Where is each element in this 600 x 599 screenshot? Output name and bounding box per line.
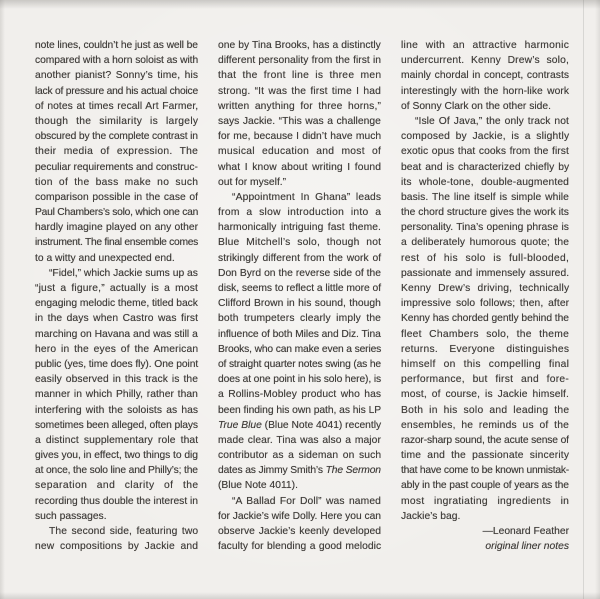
text-line: hero in the eyes of the American <box>35 342 198 357</box>
text-line: rest of his solo is full-blooded, <box>401 251 569 266</box>
credit-author: —Leonard Feather <box>401 524 569 539</box>
text-line: obscured by the complete contrast in <box>35 129 198 144</box>
text-line: separation and clarity of the <box>35 478 198 493</box>
text-line: fleet Chambers solo, the theme <box>401 327 569 342</box>
text-line: (Blue Note 4011). <box>218 478 381 493</box>
text-line: both trumpeters clearly imply the <box>218 311 381 326</box>
text-line: “Appointment In Ghana” leads <box>218 190 381 205</box>
text-line: a deliberately humorous quote; the <box>401 235 569 250</box>
text-line: recording thus double the interest in <box>35 494 198 509</box>
text-line: one by Tina Brooks, has a distinctly <box>218 38 381 53</box>
text-line: public (yes, time does fly). One point <box>35 357 198 372</box>
text-line: influence of both Miles and Diz. Tina <box>218 327 381 342</box>
text-line: another pianist? Sonny’s time, his <box>35 68 198 83</box>
text-line: its whole-tone, double-augmented <box>401 175 569 190</box>
text-line: been finding his own path, as his LP <box>218 403 381 418</box>
liner-notes-page: note lines, couldn’t he just as well bec… <box>0 0 600 554</box>
text-line: beat and is characterized chiefly by <box>401 160 569 175</box>
text-line: of notes at times recall Art Farmer, <box>35 99 198 114</box>
text-line: most ingratiating ingredients in <box>401 494 569 509</box>
text-line: strong. “It was the first time I had <box>218 84 381 99</box>
text-line: easily observed in this track is the <box>35 372 198 387</box>
text-line: basis. The line itself is simple while <box>401 190 569 205</box>
text-line: Clifford Brown in his sound, though <box>218 296 381 311</box>
text-line: Paul Chambers’s solo, which one can <box>35 205 198 220</box>
credit-note: original liner notes <box>401 539 569 554</box>
text-line: musical education and most of <box>218 144 381 159</box>
text-line: personality. Tina’s opening phrase is <box>401 220 569 235</box>
text-line: observe Jackie’s keenly developed <box>218 524 381 539</box>
text-line: strikingly different from the work of <box>218 251 381 266</box>
text-line: time and the passionate sincerity <box>401 448 569 463</box>
text-line: Kenny Drew’s driving, technically <box>401 281 569 296</box>
text-line: such passages. <box>35 509 198 524</box>
text-line: ensembles, he reminds us of the <box>401 418 569 433</box>
text-line: their media of expression. The <box>35 144 198 159</box>
text-line: ably in the past couple of years as the <box>401 478 569 493</box>
text-line: dates as Jimmy Smith’s The Sermon <box>218 463 381 478</box>
text-line: most, of course, is Jackie himself. <box>401 387 569 402</box>
text-line: Don Byrd on the reverse side of the <box>218 266 381 281</box>
text-line: “Fidel,” which Jackie sums up as <box>35 266 198 281</box>
text-line: “A Ballad For Doll” was named <box>218 494 381 509</box>
text-line: interestingly with the horn-like work <box>401 84 569 99</box>
text-line: exotic opus that cooks from the first <box>401 144 569 159</box>
text-line: a Rollins-Mobley product who has <box>218 387 381 402</box>
text-line: Kenny has chorded gently behind the <box>401 311 569 326</box>
text-line: tion of the bass make no such <box>35 175 198 190</box>
text-line: engaging melodic theme, titled back <box>35 296 198 311</box>
text-line: disk, seems to reflect a little more of <box>218 281 381 296</box>
text-line: The second side, featuring two <box>35 524 198 539</box>
text-line: though the similarity is largely <box>35 114 198 129</box>
text-line: marching on Havana and was still a <box>35 327 198 342</box>
text-line: what I know about writing I found <box>218 160 381 175</box>
text-line: manner in which Philly, rather than <box>35 387 198 402</box>
text-line: for me, because I didn’t have much <box>218 129 381 144</box>
text-column-1: note lines, couldn’t he just as well bec… <box>35 38 198 554</box>
text-line: interfering with the soloists as has <box>35 403 198 418</box>
text-line: peculiar requirements and construc- <box>35 160 198 175</box>
text-line: from a slow introduction into a <box>218 205 381 220</box>
text-line: sometimes been alleged, often plays <box>35 418 198 433</box>
text-line: compared with a horn soloist as with <box>35 53 198 68</box>
text-line: hardly imagine played on any other <box>35 220 198 235</box>
text-line: says Jackie. “This was a challenge <box>218 114 381 129</box>
text-line: of Sonny Clark on the other side. <box>401 99 569 114</box>
text-line: line with an attractive harmonic <box>401 38 569 53</box>
text-line: comparison possible in the case of <box>35 190 198 205</box>
text-line: of straight quarter notes swing (as he <box>218 357 381 372</box>
text-line: Blue Mitchell’s solo, though not <box>218 235 381 250</box>
text-line: razor-sharp sound, the acute sense of <box>401 433 569 448</box>
text-line: does at one point in his solo here), is <box>218 372 381 387</box>
text-column-3: line with an attractive harmonicundercur… <box>401 38 569 554</box>
text-line: to a witty and unexpected end. <box>35 251 198 266</box>
text-line: “just a figure,” actually is a most <box>35 281 198 296</box>
text-column-2: one by Tina Brooks, has a distinctlydiff… <box>218 38 381 554</box>
text-line: that have come to be known unmistak- <box>401 463 569 478</box>
text-line: himself on this compelling final <box>401 357 569 372</box>
text-line: that the front line is three men <box>218 68 381 83</box>
text-line: Both in his solo and leading the <box>401 403 569 418</box>
text-line: lack of pressure and his actual choice <box>35 84 198 99</box>
text-line: for Jackie’s wife Dolly. Here you can <box>218 509 381 524</box>
text-line: the chord structure gives the work its <box>401 205 569 220</box>
text-line: performance, but first and fore- <box>401 372 569 387</box>
text-line: a distinct supplementary role that <box>35 433 198 448</box>
text-line: Jackie’s bag. <box>401 509 569 524</box>
text-line: at once, the solo line and Philly’s; the <box>35 463 198 478</box>
text-line: composed by Jackie, is a slightly <box>401 129 569 144</box>
text-line: “Isle Of Java,” the only track not <box>401 114 569 129</box>
text-line: instrument. The final ensemble comes <box>35 235 198 250</box>
text-line: made clear. Tina was also a major <box>218 433 381 448</box>
text-line: different personality from the first in <box>218 53 381 68</box>
text-line: mainly chordal in concept, contrasts <box>401 68 569 83</box>
text-line: in the days when Castro was first <box>35 311 198 326</box>
text-line: impressive solo follows; then, after <box>401 296 569 311</box>
text-line: harmonically intriguing fast theme. <box>218 220 381 235</box>
text-line: Brooks, who can make even a series <box>218 342 381 357</box>
text-line: undercurrent. Kenny Drew’s solo, <box>401 53 569 68</box>
text-line: new compositions by Jackie and <box>35 539 198 554</box>
text-line: gives you, in effect, two things to dig <box>35 448 198 463</box>
text-line: returns. Everyone distinguishes <box>401 342 569 357</box>
text-line: out for myself.” <box>218 175 381 190</box>
text-line: contributor as a sideman on such <box>218 448 381 463</box>
text-line: written anything for three horns,” <box>218 99 381 114</box>
text-line: passionate and immensely assured. <box>401 266 569 281</box>
text-line: faculty for blending a good melodic <box>218 539 381 554</box>
text-line: note lines, couldn’t he just as well be <box>35 38 198 53</box>
text-line: True Blue (Blue Note 4041) recently <box>218 418 381 433</box>
